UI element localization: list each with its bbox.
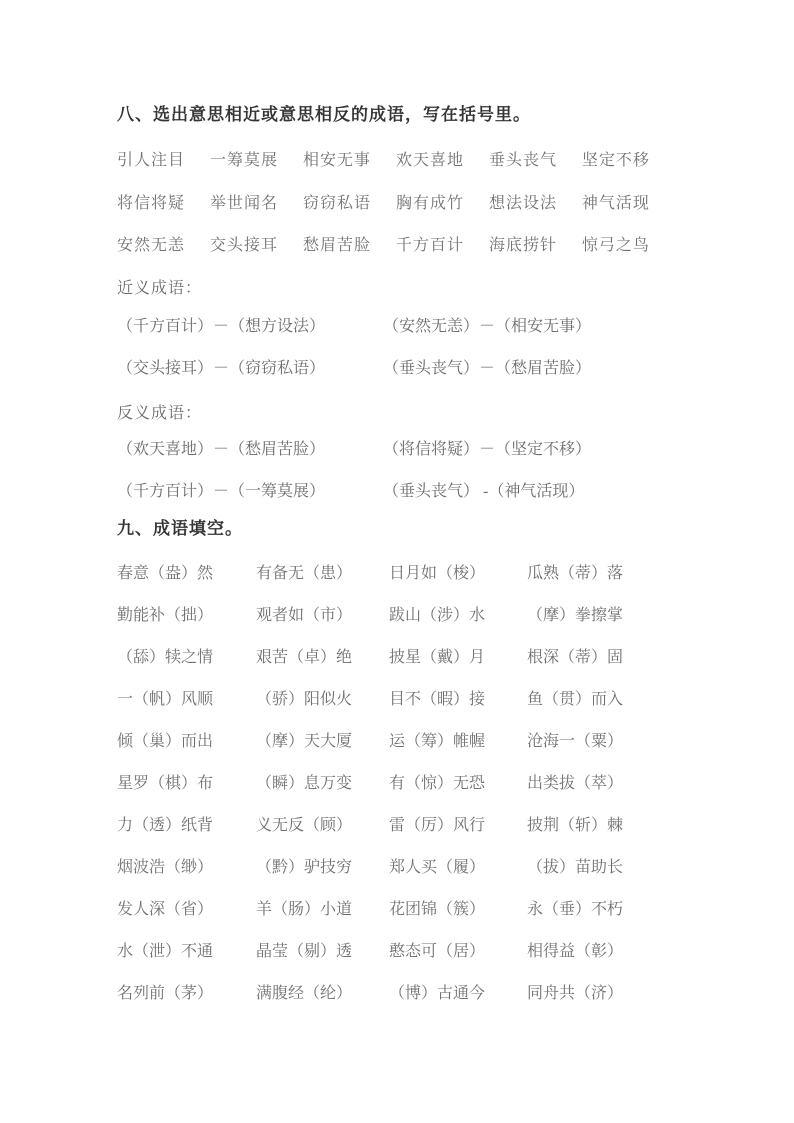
fill-in-idiom: 瓜熟（蒂）落 (527, 560, 650, 602)
fill-in-idiom: （博）古通今 (389, 980, 527, 1022)
fill-in-idiom: 运（筹）帷幄 (389, 728, 527, 770)
section8-title: 八、选出意思相近或意思相反的成语，写在括号里。 (117, 100, 650, 125)
idiom: 想法设法 (489, 190, 557, 213)
fill-in-idiom: 憨态可（居） (389, 938, 527, 980)
idiom: 将信将疑 (117, 190, 185, 213)
idiom: 胸有成竹 (396, 190, 464, 213)
fill-in-idiom: 永（垂）不朽 (527, 896, 650, 938)
worksheet-page: 八、选出意思相近或意思相反的成语，写在括号里。 引人注目 一筹莫展 相安无事 欢… (0, 0, 794, 1123)
idiom: 愁眉苦脸 (303, 232, 371, 255)
idiom-bank-row: 将信将疑 举世闻名 窃窃私语 胸有成竹 想法设法 神气活现 (117, 190, 650, 213)
fill-in-idiom: 鱼（贯）而入 (527, 686, 650, 728)
idiom: 举世闻名 (210, 190, 278, 213)
fill-in-idiom: 日月如（梭） (389, 560, 527, 602)
fill-in-idiom: 倾（巢）而出 (117, 728, 256, 770)
fill-in-idiom: 同舟共（济） (527, 980, 650, 1022)
fill-in-idiom: 有备无（患） (256, 560, 389, 602)
fill-in-idiom: 星罗（棋）布 (117, 770, 256, 812)
fill-in-idiom: （瞬）息万变 (256, 770, 389, 812)
fill-in-idiom: 披荆（斩）棘 (527, 812, 650, 854)
fill-in-idiom: 雷（厉）风行 (389, 812, 527, 854)
synonym-pair-row: （交头接耳）－（窃窃私语） （垂头丧气）－（愁眉苦脸） (117, 355, 650, 378)
fill-in-idiom: （拔）苗助长 (527, 854, 650, 896)
synonym-pair: （垂头丧气）－（愁眉苦脸） (383, 355, 650, 378)
idiom: 神气活现 (582, 190, 650, 213)
fill-in-idiom: 根深（蒂）固 (527, 644, 650, 686)
antonyms-label: 反义成语： (117, 400, 650, 423)
synonym-pair: （交头接耳）－（窃窃私语） (117, 355, 383, 378)
idiom: 海底捞针 (489, 232, 557, 255)
fill-in-idiom: 有（惊）无恐 (389, 770, 527, 812)
fill-in-idiom: 相得益（彰） (527, 938, 650, 980)
antonym-pair-row: （欢天喜地）－（愁眉苦脸） （将信将疑）－（坚定不移） (117, 436, 650, 459)
idiom: 引人注目 (117, 147, 185, 170)
idiom: 窃窃私语 (303, 190, 371, 213)
idiom: 坚定不移 (582, 147, 650, 170)
section9-title: 九、成语填空。 (117, 514, 650, 539)
fill-in-idiom: 郑人买（履） (389, 854, 527, 896)
antonym-pair-row: （千方百计）－（一筹莫展） （垂头丧气） -（神气活现） (117, 478, 650, 501)
fill-in-idiom: 跋山（涉）水 (389, 602, 527, 644)
fill-in-idiom: 水（泄）不通 (117, 938, 256, 980)
fill-in-idiom: 满腹经（纶） (256, 980, 389, 1022)
idiom-bank-row: 引人注目 一筹莫展 相安无事 欢天喜地 垂头丧气 坚定不移 (117, 147, 650, 170)
idiom: 欢天喜地 (396, 147, 464, 170)
fill-in-idiom: （骄）阳似火 (256, 686, 389, 728)
synonym-pair: （千方百计）－（想方设法） (117, 313, 383, 336)
idiom: 惊弓之鸟 (582, 232, 650, 255)
fill-in-idiom: 名列前（茅） (117, 980, 256, 1022)
idiom: 一筹莫展 (210, 147, 278, 170)
fill-in-idiom: 披星（戴）月 (389, 644, 527, 686)
idiom: 相安无事 (303, 147, 371, 170)
fill-in-idiom: （摩）拳擦掌 (527, 602, 650, 644)
fill-in-idiom: 艰苦（卓）绝 (256, 644, 389, 686)
fill-in-idiom: 发人深（省） (117, 896, 256, 938)
antonym-pair: （欢天喜地）－（愁眉苦脸） (117, 436, 383, 459)
antonym-pair: （千方百计）－（一筹莫展） (117, 478, 383, 501)
fill-in-idiom: 羊（肠）小道 (256, 896, 389, 938)
fill-in-idiom: 沧海一（粟） (527, 728, 650, 770)
idiom: 垂头丧气 (489, 147, 557, 170)
fill-in-idiom: （黔）驴技穷 (256, 854, 389, 896)
idiom-bank-row: 安然无恙 交头接耳 愁眉苦脸 千方百计 海底捞针 惊弓之鸟 (117, 232, 650, 255)
fill-in-grid: 春意（盎）然 有备无（患） 日月如（梭） 瓜熟（蒂）落 勤能补（拙） 观者如（市… (117, 560, 650, 1022)
fill-in-idiom: 花团锦（簇） (389, 896, 527, 938)
fill-in-idiom: 勤能补（拙） (117, 602, 256, 644)
idiom: 安然无恙 (117, 232, 185, 255)
fill-in-idiom: （舔）犊之情 (117, 644, 256, 686)
fill-in-idiom: 出类拔（萃） (527, 770, 650, 812)
idiom: 千方百计 (396, 232, 464, 255)
fill-in-idiom: 观者如（市） (256, 602, 389, 644)
fill-in-idiom: （摩）天大厦 (256, 728, 389, 770)
fill-in-idiom: 春意（盎）然 (117, 560, 256, 602)
idiom: 交头接耳 (210, 232, 278, 255)
synonym-pair-row: （千方百计）－（想方设法） （安然无恙）－（相安无事） (117, 313, 650, 336)
fill-in-idiom: 目不（暇）接 (389, 686, 527, 728)
antonym-pair: （将信将疑）－（坚定不移） (383, 436, 650, 459)
antonym-pair: （垂头丧气） -（神气活现） (383, 478, 650, 501)
fill-in-idiom: 晶莹（剔）透 (256, 938, 389, 980)
fill-in-idiom: 一（帆）风顺 (117, 686, 256, 728)
synonym-pair: （安然无恙）－（相安无事） (383, 313, 650, 336)
synonyms-label: 近义成语： (117, 275, 650, 298)
fill-in-idiom: 烟波浩（缈） (117, 854, 256, 896)
fill-in-idiom: 义无反（顾） (256, 812, 389, 854)
fill-in-idiom: 力（透）纸背 (117, 812, 256, 854)
